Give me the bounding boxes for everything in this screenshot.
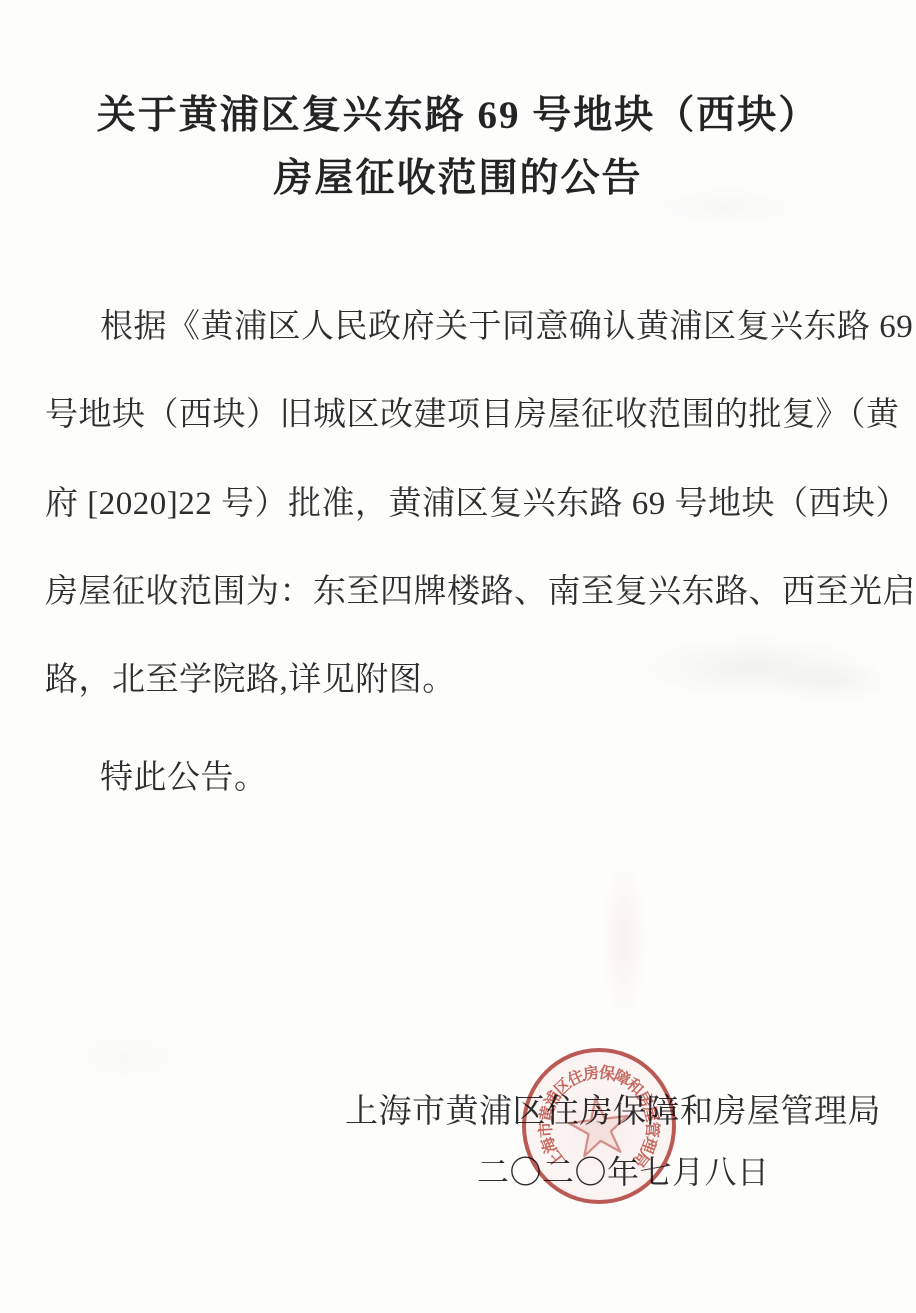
- body-line-4: 房屋征收范围为：东至四牌楼路、南至复兴东路、西至光启: [45, 565, 916, 612]
- star-icon: [562, 1091, 635, 1163]
- scan-smudge: [630, 635, 880, 700]
- body-line-5: 路，北至学院路,详见附图。: [45, 653, 456, 700]
- closing-line: 特此公告。: [100, 751, 268, 798]
- scan-smudge: [60, 1030, 190, 1085]
- official-red-seal: 上海市黄浦区住房保障和房屋管理局: [522, 1048, 676, 1204]
- body-line-2: 号地块（西块）旧城区改建项目房屋征收范围的批复》（黄: [45, 388, 900, 435]
- scan-smudge: [600, 860, 648, 1020]
- title-line-1: 关于黄浦区复兴东路 69 号地块（西块）: [0, 84, 916, 147]
- body-line-1: 根据《黄浦区人民政府关于同意确认黄浦区复兴东路 69: [100, 300, 913, 347]
- document-title: 关于黄浦区复兴东路 69 号地块（西块） 房屋征收范围的公告: [0, 84, 916, 210]
- scanned-announcement-page: 关于黄浦区复兴东路 69 号地块（西块） 房屋征收范围的公告 根据《黄浦区人民政…: [0, 0, 916, 1313]
- scan-smudge: [770, 660, 900, 705]
- title-line-2: 房屋征收范围的公告: [0, 147, 916, 210]
- body-line-3: 府 [2020]22 号）批准，黄浦区复兴东路 69 号地块（西块）: [45, 477, 909, 524]
